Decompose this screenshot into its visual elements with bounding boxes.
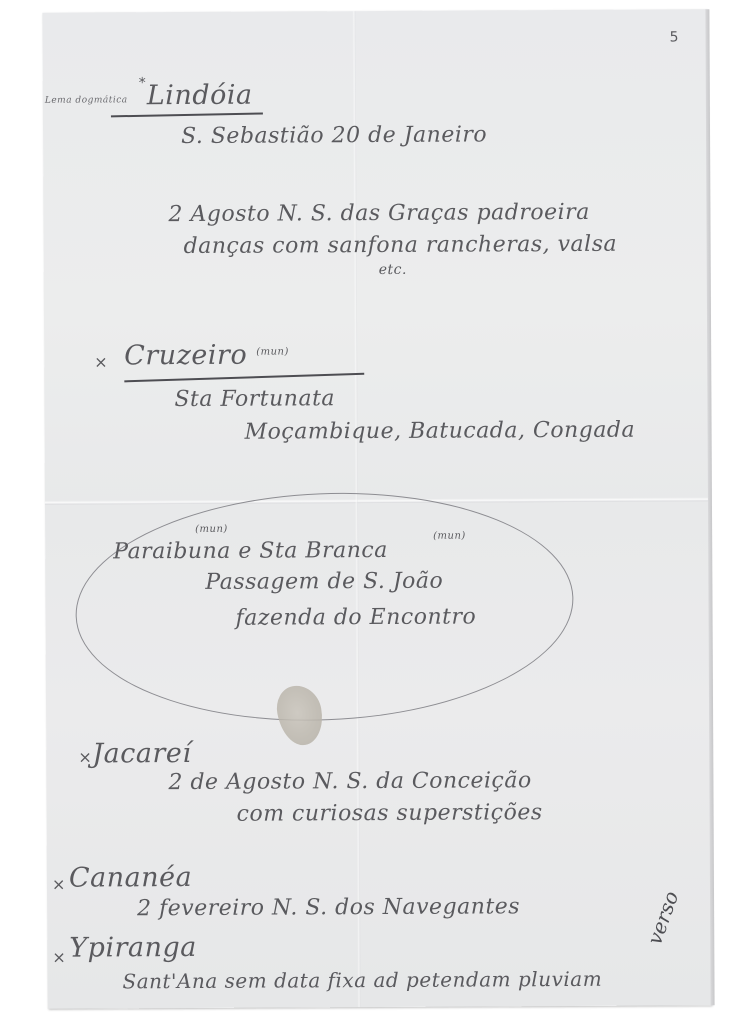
place-cananea: Cananéa [69, 862, 192, 894]
note-mun: (mun) [256, 346, 289, 357]
margin-note: Lema dogmática [45, 95, 128, 105]
line-mocambique: Moçambique, Batucada, Congada [245, 418, 636, 445]
x-mark-icon: × [52, 948, 66, 967]
verso-note: verso [642, 888, 683, 948]
line-2-agosto-conceicao: 2 de Agosto N. S. da Conceição [168, 768, 531, 795]
manuscript-page: 5 Lema dogmática * Lindóia S. Sebastião … [42, 9, 711, 1008]
line-sta-fortunata: Sta Fortunata [174, 386, 335, 412]
line-fazenda-encontro: fazenda do Encontro [236, 604, 477, 630]
x-mark-icon: × [94, 352, 108, 371]
line-paraibuna-sta-branca: Paraibuna e Sta Branca [113, 538, 388, 564]
place-cruzeiro: Cruzeiro [124, 340, 247, 372]
underline-lindoia [111, 112, 263, 116]
line-2-agosto-gracas: 2 Agosto N. S. das Graças padroeira [168, 200, 589, 227]
paper-edge [705, 9, 714, 1005]
underline-cruzeiro [124, 373, 364, 382]
line-sao-sebastiao: S. Sebastião 20 de Janeiro [181, 122, 487, 149]
x-mark-icon: × [52, 875, 66, 894]
star-mark-icon: * [139, 75, 146, 91]
page-number: 5 [670, 29, 679, 45]
line-dancas-sanfona: danças com sanfona rancheras, valsa [184, 232, 618, 259]
place-ypiranga: Ypiranga [69, 932, 197, 964]
note-mun: (mun) [195, 524, 228, 535]
place-lindoia: Lindóia [147, 80, 253, 112]
line-passagem-sao-joao: Passagem de S. João [205, 569, 443, 595]
line-2-fevereiro-navegantes: 2 fevereiro N. S. dos Navegantes [137, 894, 520, 921]
line-santana-pluviam: Sant'Ana sem data fixa ad petendam pluvi… [122, 967, 602, 994]
line-curiosas-supersticoes: com curiosas superstições [237, 800, 543, 827]
place-jacarei: Jacareí [92, 738, 191, 770]
line-etc: etc. [379, 262, 407, 278]
note-mun: (mun) [433, 531, 466, 542]
x-mark-icon: × [78, 747, 92, 766]
